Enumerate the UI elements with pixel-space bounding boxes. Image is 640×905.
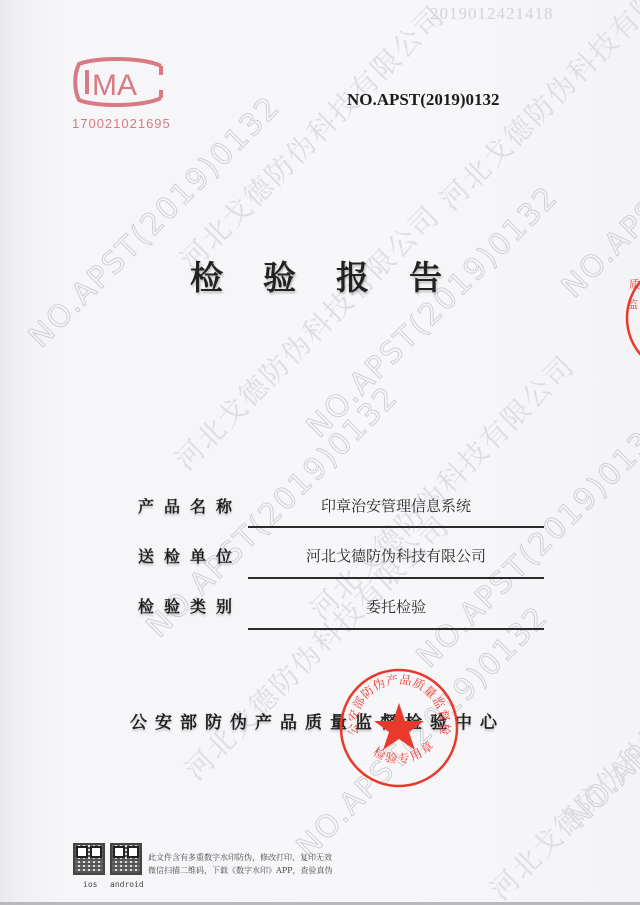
- qr-code-ios[interactable]: [73, 843, 105, 875]
- report-number: NO.APST(2019)0132: [347, 90, 500, 110]
- field-label-submitting-unit: 送检单位: [138, 544, 242, 567]
- svg-text:MA: MA: [92, 69, 137, 102]
- field-underline: [248, 628, 544, 630]
- field-label-product-name: 产品名称: [138, 494, 242, 517]
- partial-seal-icon: 质 监: [623, 258, 640, 378]
- field-underline: [248, 577, 544, 579]
- watermark-company: 河北戈德防伪科技有限公司: [480, 625, 640, 905]
- serial-number: 2019012421418: [430, 4, 554, 24]
- qr-code-android[interactable]: [110, 843, 142, 875]
- svg-text:质: 质: [629, 277, 640, 291]
- document-title: 检验报告: [190, 252, 482, 299]
- field-value-product-name: 印章治安管理信息系统: [248, 495, 544, 516]
- official-seal-icon: 公安部防伪产品质量监督检验中心 检验专用章: [336, 665, 462, 791]
- watermark-report-number: NO.APST(2019)0132: [300, 179, 565, 444]
- field-underline: [248, 526, 544, 528]
- watermark-company: 河北戈德防伪科技有限公司: [170, 0, 453, 278]
- field-label-inspection-type: 检验类别: [138, 594, 242, 617]
- cma-number: 170021021695: [72, 116, 171, 131]
- watermark-company: 河北戈德防伪科技有限公司: [165, 195, 448, 478]
- field-value-inspection-type: 委托检验: [248, 596, 544, 617]
- anti-counterfeit-notice: 此文件含有多重数字水印防伪，修改打印、复印无效 微信扫描二维码，下载《数字水印》…: [148, 851, 358, 877]
- notice-line: 微信扫描二维码，下载《数字水印》APP，查验真伪: [148, 864, 358, 877]
- notice-line: 此文件含有多重数字水印防伪，修改打印、复印无效: [148, 851, 358, 864]
- watermark-report-number: NO.APST(2019)0132: [560, 569, 640, 834]
- field-value-submitting-unit: 河北戈德防伪科技有限公司: [248, 545, 544, 566]
- qr-label-ios: ios: [83, 880, 97, 889]
- watermark-report-number: NO.APST(2019)0132: [410, 409, 640, 674]
- qr-label-android: android: [110, 880, 144, 889]
- report-cover-page: NO.APST(2019)0132 NO.APST(2019)0132 NO.A…: [0, 0, 640, 905]
- cma-logo-icon: MA: [73, 56, 165, 108]
- watermark-company: 河北戈德防伪科技有限公司: [300, 345, 583, 628]
- svg-text:监: 监: [627, 297, 638, 311]
